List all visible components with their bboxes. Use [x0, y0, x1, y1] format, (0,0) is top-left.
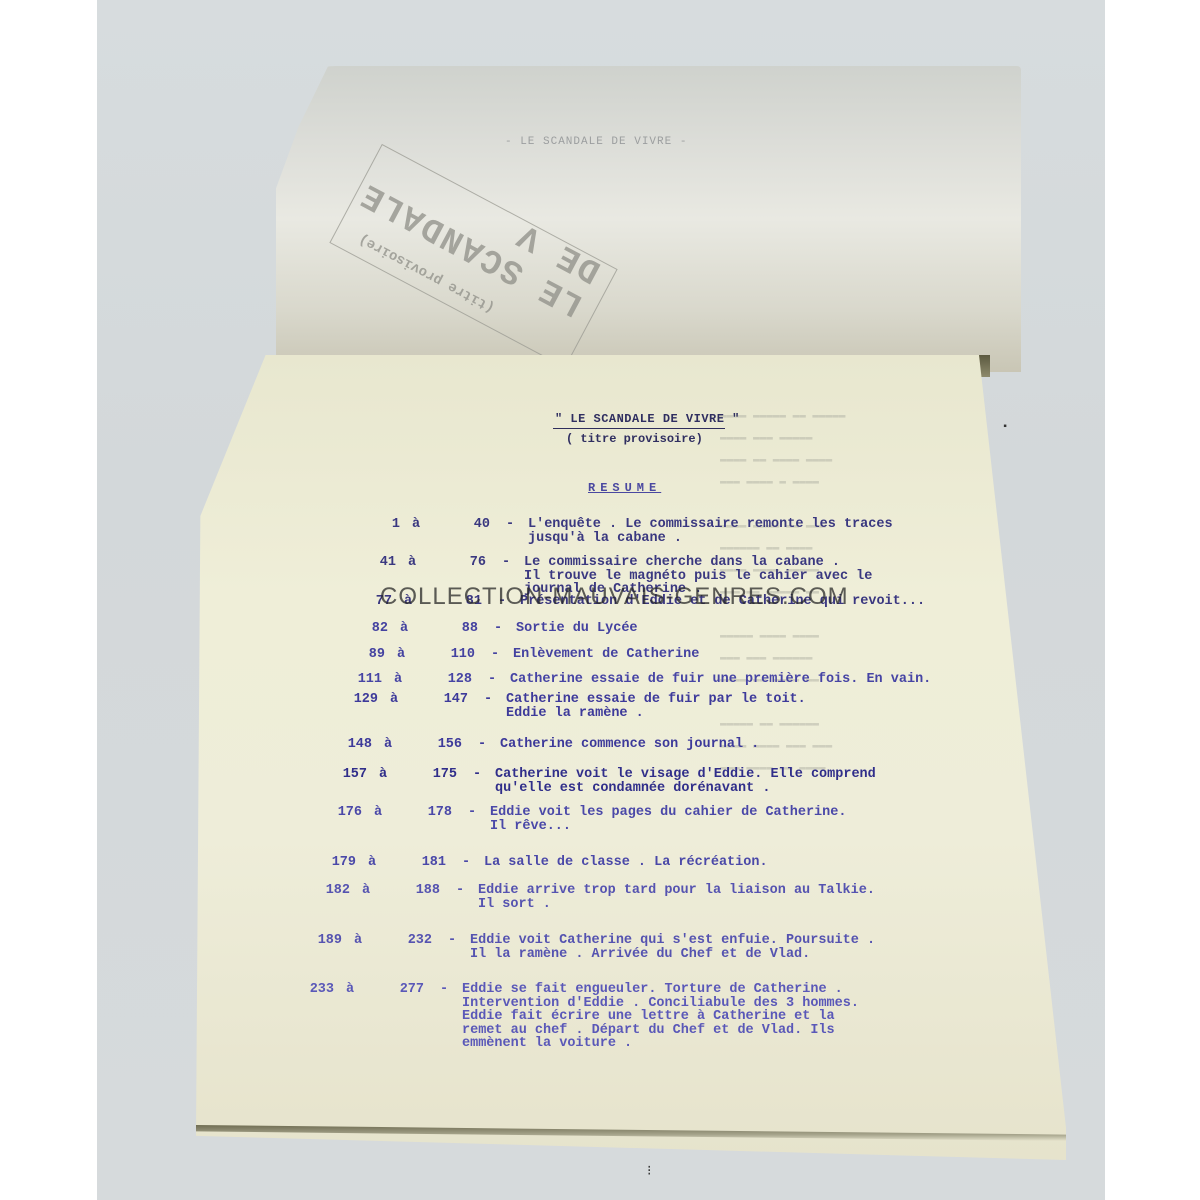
- scene-range-start: 111: [352, 673, 382, 687]
- title-underline: [553, 428, 725, 429]
- scene-range-end: 277: [390, 983, 424, 997]
- watermark: COLLECTION-MAUVAIS-GENRES.COM: [380, 583, 849, 611]
- scene-range-start: 157: [337, 768, 367, 782]
- range-separator: à: [379, 768, 387, 782]
- entry-dash: -: [478, 738, 486, 752]
- range-separator: à: [384, 738, 392, 752]
- range-separator: à: [354, 934, 362, 948]
- range-separator: à: [400, 622, 408, 636]
- range-separator: à: [412, 518, 420, 532]
- table-mark: ⁝: [647, 1163, 651, 1180]
- entry-dash: -: [484, 693, 492, 707]
- scene-description: Sortie du Lycée: [516, 622, 638, 636]
- scene-range-start: 129: [348, 693, 378, 707]
- scene-range-end: 232: [398, 934, 432, 948]
- scene-range-start: 179: [326, 856, 356, 870]
- scene-range-start: 41: [366, 556, 396, 570]
- entry-dash: -: [491, 648, 499, 662]
- scene-description: L'enquête . Le commissaire remonte les t…: [528, 518, 893, 545]
- paper-speck: ▪: [1002, 422, 1008, 433]
- range-separator: à: [390, 693, 398, 707]
- scene-range-start: 89: [355, 648, 385, 662]
- document-subtitle: ( titre provisoire): [566, 432, 703, 446]
- scene-range-end: 188: [406, 884, 440, 898]
- range-separator: à: [368, 856, 376, 870]
- scene-range-end: 178: [418, 806, 452, 820]
- scene-range-end: 40: [456, 518, 490, 532]
- scene-range-end: 175: [423, 768, 457, 782]
- range-separator: à: [394, 673, 402, 687]
- scene-range-end: 147: [434, 693, 468, 707]
- section-heading: RESUME: [588, 481, 661, 495]
- entry-dash: -: [473, 768, 481, 782]
- entry-dash: -: [488, 673, 496, 687]
- entry-dash: -: [502, 556, 510, 570]
- entry-dash: -: [506, 518, 514, 532]
- document-title: " LE SCANDALE DE VIVRE ": [555, 412, 740, 426]
- scene-range-start: 148: [342, 738, 372, 752]
- range-separator: à: [374, 806, 382, 820]
- scene-range-start: 189: [312, 934, 342, 948]
- scene-range-start: 82: [358, 622, 388, 636]
- entry-dash: -: [462, 856, 470, 870]
- scene-range-end: 76: [452, 556, 486, 570]
- range-separator: à: [397, 648, 405, 662]
- scene-range-end: 88: [444, 622, 478, 636]
- entry-dash: -: [494, 622, 502, 636]
- scene-range-end: 128: [438, 673, 472, 687]
- scene-description: Catherine voit le visage d'Eddie. Elle c…: [495, 768, 876, 795]
- scene-description: Catherine essaie de fuir par le toit. Ed…: [506, 693, 806, 720]
- scene-range-start: 233: [304, 983, 334, 997]
- folded-page-typed-line: - LE SCANDALE DE VIVRE -: [505, 136, 687, 148]
- scene-range-end: 181: [412, 856, 446, 870]
- scene-description: Eddie se fait engueuler. Torture de Cath…: [462, 983, 859, 1051]
- range-separator: à: [346, 983, 354, 997]
- scene-range-end: 110: [441, 648, 475, 662]
- scene-range-start: 1: [370, 518, 400, 532]
- range-separator: à: [362, 884, 370, 898]
- scene-description: Eddie arrive trop tard pour la liaison a…: [478, 884, 875, 911]
- scene-description: Enlèvement de Catherine: [513, 648, 699, 662]
- entry-dash: -: [468, 806, 476, 820]
- scene-description: Eddie voit les pages du cahier de Cather…: [490, 806, 846, 833]
- scene-range-start: 182: [320, 884, 350, 898]
- scene-range-start: 176: [332, 806, 362, 820]
- scene-description: Catherine essaie de fuir une première fo…: [510, 673, 931, 687]
- entry-dash: -: [448, 934, 456, 948]
- scene-description: La salle de classe . La récréation.: [484, 856, 768, 870]
- entry-dash: -: [440, 983, 448, 997]
- entry-dash: -: [456, 884, 464, 898]
- range-separator: à: [408, 556, 416, 570]
- scene-description: Catherine commence son journal .: [500, 738, 759, 752]
- scene-description: Eddie voit Catherine qui s'est enfuie. P…: [470, 934, 875, 961]
- scene-range-end: 156: [428, 738, 462, 752]
